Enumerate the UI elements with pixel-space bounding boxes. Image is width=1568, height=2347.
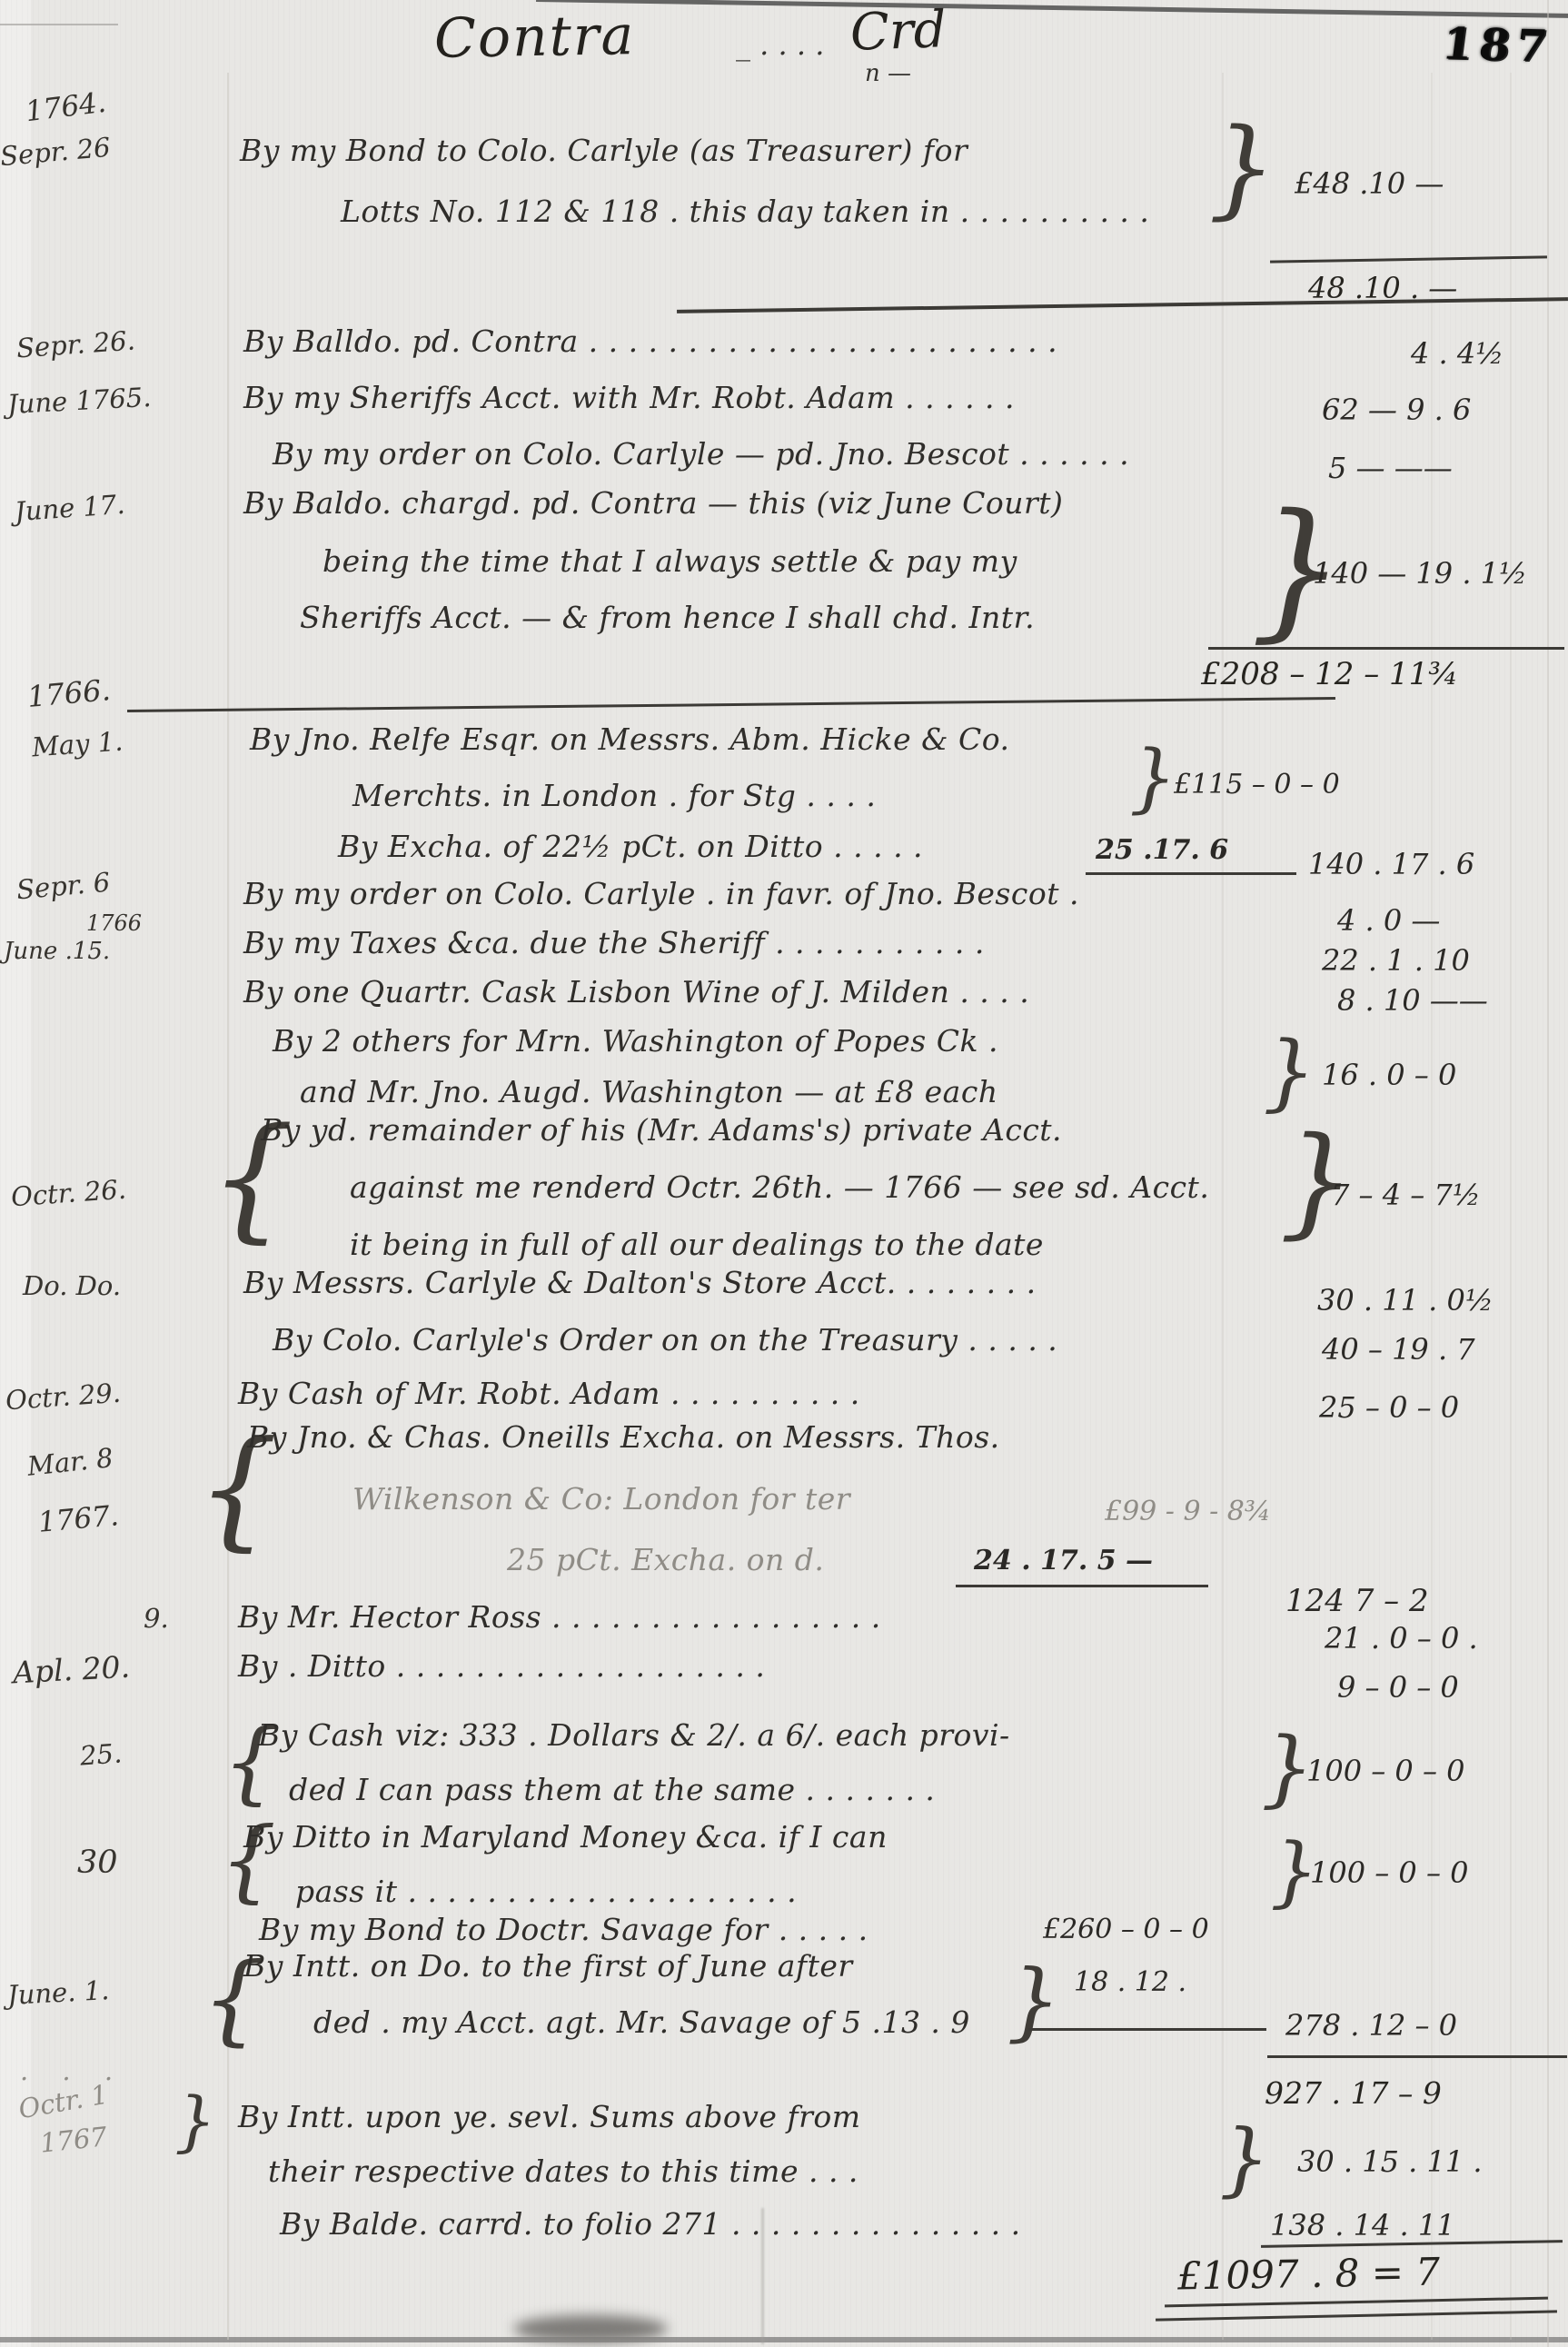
inner-amount: 24 . 17. 5 — bbox=[974, 1545, 1153, 1576]
amount: 140 . 17 . 6 bbox=[1308, 847, 1474, 881]
rule-line bbox=[1028, 2028, 1266, 2031]
inner-amount: £115 – 0 – 0 bbox=[1174, 769, 1340, 801]
entry-text: By Balde. carrd. to folio 271 . . . . . … bbox=[280, 2206, 1021, 2242]
entry-text: By my Sheriffs Acct. with Mr. Robt. Adam… bbox=[243, 380, 1015, 415]
date-label: Apl. 20. bbox=[12, 1649, 131, 1691]
entry-text: By Mr. Hector Ross . . . . . . . . . . .… bbox=[238, 1599, 881, 1635]
amount: 8 . 10 —— bbox=[1337, 983, 1488, 1018]
entry-text: By one Quartr. Cask Lisbon Wine of J. Mi… bbox=[243, 974, 1029, 1009]
ledger-title-dots: _ . . . . bbox=[736, 27, 824, 62]
scan-edge-right bbox=[1547, 0, 1549, 2347]
entry-text: By Baldo. chargd. pd. Contra — this (viz… bbox=[243, 485, 1063, 521]
amount: 5 — —— bbox=[1328, 451, 1453, 485]
rule-line bbox=[956, 1585, 1208, 1587]
entry-text: it being in full of all our dealings to … bbox=[350, 1227, 1044, 1262]
margin-dots: . . . bbox=[20, 2055, 125, 2086]
scan-edge-top bbox=[536, 0, 1568, 18]
entry-text: By Cash viz: 333 . Dollars & 2/. a 6/. e… bbox=[258, 1717, 1010, 1753]
entry-text: and Mr. Jno. Augd. Washington — at £8 ea… bbox=[300, 1074, 998, 1109]
date-label: May 1. bbox=[31, 726, 124, 763]
date-label: June 17. bbox=[14, 489, 126, 527]
amount: 21 . 0 – 0 . bbox=[1325, 1621, 1478, 1656]
date-label: Octr. 29. bbox=[5, 1377, 122, 1417]
amount: 62 — 9 . 6 bbox=[1322, 393, 1471, 427]
entry-text: By Jno. Relfe Esqr. on Messrs. Abm. Hick… bbox=[250, 721, 1010, 757]
entry-text: By Cash of Mr. Robt. Adam . . . . . . . … bbox=[238, 1376, 860, 1411]
brace: } bbox=[1208, 116, 1276, 218]
rule-line bbox=[1270, 255, 1547, 263]
date-label: Octr. 26. bbox=[10, 1174, 127, 1213]
rule-line bbox=[677, 297, 1568, 313]
entry-text: ded I can pass them at the same . . . . … bbox=[289, 1772, 935, 1807]
amount: 9 – 0 – 0 bbox=[1337, 1670, 1459, 1705]
amount: 278 . 12 – 0 bbox=[1285, 2008, 1457, 2043]
inner-amount: £260 – 0 – 0 bbox=[1043, 1914, 1209, 1945]
amount: 100 – 0 – 0 bbox=[1306, 1754, 1464, 1788]
entry-text: By my Bond to Doctr. Savage for . . . . … bbox=[259, 1912, 868, 1947]
brace: } bbox=[174, 2090, 216, 2152]
date-label: 9. bbox=[144, 1603, 169, 1634]
date-label: June .15. bbox=[4, 938, 110, 965]
date-label: Mar. 8 bbox=[25, 1442, 114, 1482]
brace: } bbox=[1263, 1032, 1316, 1111]
amount: 100 – 0 – 0 bbox=[1310, 1855, 1468, 1890]
amount: 4 . 4½ bbox=[1411, 336, 1503, 371]
inner-amount: 25 .17. 6 bbox=[1096, 834, 1228, 866]
amount: 16 . 0 – 0 bbox=[1322, 1058, 1456, 1092]
amount: 40 – 19 . 7 bbox=[1322, 1332, 1475, 1367]
entry-text: pass it . . . . . . . . . . . . . . . . … bbox=[295, 1874, 797, 1909]
amount: 30 . 11 . 0½ bbox=[1317, 1283, 1494, 1318]
entry-text: By Intt. upon ye. sevl. Sums above from bbox=[238, 2099, 861, 2134]
year-label: 1766 bbox=[86, 910, 142, 936]
ledger-title-abbrev: Crd bbox=[849, 0, 948, 63]
amount: 140 — 19 . 1½ bbox=[1313, 556, 1527, 591]
entry-text: By Intt. on Do. to the first of June aft… bbox=[243, 1948, 853, 1984]
amount: 124 7 – 2 bbox=[1285, 1583, 1429, 1619]
scan-smudge bbox=[513, 2315, 668, 2342]
entry-text: Merchts. in London . for Stg . . . . bbox=[352, 778, 876, 813]
date-label: June 1765. bbox=[6, 382, 152, 420]
date-label: 30 bbox=[77, 1845, 118, 1881]
brace: } bbox=[1129, 743, 1176, 814]
grand-total: £1097 . 8 = 7 bbox=[1177, 2249, 1441, 2298]
entry-text: By my Bond to Colo. Carlyle (as Treasure… bbox=[240, 133, 968, 168]
date-label: Sepr. 26. bbox=[15, 324, 136, 363]
rule-line bbox=[1208, 647, 1564, 650]
amount: 7 – 4 – 7½ bbox=[1331, 1178, 1481, 1212]
brace: } bbox=[1219, 2121, 1270, 2197]
rule-line bbox=[1086, 872, 1296, 875]
inner-amount: £99 - 9 - 8¾ bbox=[1105, 1496, 1271, 1527]
date-label: June. 1. bbox=[6, 1974, 110, 2011]
amount: £48 .10 — bbox=[1295, 166, 1444, 201]
amount: 30 . 15 . 11 . bbox=[1297, 2144, 1483, 2179]
entry-text: being the time that I always settle & pa… bbox=[323, 543, 1017, 579]
entry-text: 25 pCt. Excha. on d. bbox=[507, 1542, 824, 1577]
section-total: £208 – 12 – 11¾ bbox=[1201, 656, 1458, 692]
entry-text: By Jno. & Chas. Oneills Excha. on Messrs… bbox=[247, 1419, 1000, 1455]
ledger-page: Contra _ . . . . Crd n — 187 1764. Sepr.… bbox=[0, 0, 1568, 2347]
date-label: Sepr. 26 bbox=[0, 132, 112, 172]
year-label: 1767. bbox=[37, 1499, 121, 1539]
entry-text: ded . my Acct. agt. Mr. Savage of 5 .13 … bbox=[313, 2004, 970, 2040]
rule-line bbox=[1267, 2055, 1567, 2058]
entry-text: against me renderd Octr. 26th. — 1766 — … bbox=[350, 1169, 1209, 1205]
entry-text: By . Ditto . . . . . . . . . . . . . . .… bbox=[238, 1648, 765, 1684]
ledger-title: Contra bbox=[433, 4, 635, 71]
entry-text: By my Taxes &ca. due the Sheriff . . . .… bbox=[243, 925, 985, 960]
year-label: 1766. bbox=[26, 672, 113, 714]
amount: 22 . 1 . 10 bbox=[1322, 943, 1470, 978]
entry-text: Wilkenson & Co: London for ter bbox=[352, 1481, 850, 1517]
scan-edge-top-left bbox=[0, 24, 118, 25]
entry-text: Sheriffs Acct. — & from hence I shall ch… bbox=[300, 600, 1035, 635]
entry-text: their respective dates to this time . . … bbox=[268, 2153, 858, 2189]
rule-line bbox=[127, 697, 1335, 712]
date-label: Sepr. 6 bbox=[15, 867, 112, 906]
entry-text: By my order on Colo. Carlyle . in favr. … bbox=[243, 876, 1079, 911]
amount: 138 . 14 . 11 bbox=[1270, 2208, 1455, 2243]
subtotal-amount: 927 . 17 – 9 bbox=[1265, 2075, 1442, 2111]
page-number: 187 bbox=[1439, 19, 1556, 73]
entry-text: By Excha. of 22½ pCt. on Ditto . . . . . bbox=[338, 829, 923, 864]
entry-text: By Colo. Carlyle's Order on on the Treas… bbox=[273, 1322, 1057, 1357]
year-label: 1764. bbox=[24, 86, 107, 129]
inner-amount: 18 . 12 . bbox=[1074, 1966, 1186, 1998]
entry-text: By my order on Colo. Carlyle — pd. Jno. … bbox=[273, 436, 1129, 472]
scan-edge-bottom bbox=[0, 2337, 1568, 2342]
column-rule bbox=[1222, 73, 1224, 2340]
entry-text: By 2 others for Mrn. Washington of Popes… bbox=[273, 1023, 998, 1059]
year-label: 1767 bbox=[38, 2121, 108, 2159]
entry-text: By Balldo. pd. Contra . . . . . . . . . … bbox=[243, 323, 1057, 359]
ledger-title-sub: n — bbox=[865, 60, 911, 87]
rule-line bbox=[1156, 2310, 1557, 2321]
entry-text: By yd. remainder of his (Mr. Adams's) pr… bbox=[261, 1112, 1062, 1148]
amount: 25 – 0 – 0 bbox=[1319, 1390, 1459, 1425]
amount: 4 . 0 — bbox=[1337, 903, 1440, 938]
entry-text: By Messrs. Carlyle & Dalton's Store Acct… bbox=[243, 1265, 1037, 1300]
column-rule bbox=[1510, 73, 1512, 2340]
date-label: Do. Do. bbox=[23, 1270, 121, 1301]
entry-text: By Ditto in Maryland Money &ca. if I can bbox=[243, 1819, 888, 1855]
entry-text: Lotts No. 112 & 118 . this day taken in … bbox=[341, 194, 1149, 229]
date-label: 25. bbox=[79, 1737, 123, 1771]
